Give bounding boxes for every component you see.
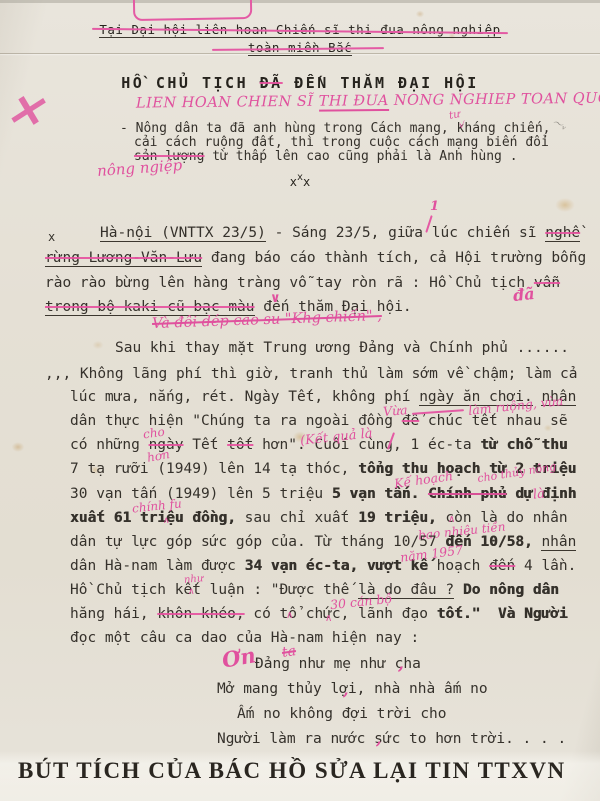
poem-line: Đảng như mẹ như cha	[255, 656, 421, 672]
poem-line: Ấm no không đợi trời cho	[237, 706, 447, 722]
subtitle-text: LIEN HOAN CHIEN SĨ	[136, 94, 319, 112]
body-text: sau chỉ xuất	[236, 510, 358, 526]
body-line: dân Hà-nam làm được 34 vạn éc-ta, vượt k…	[70, 558, 576, 574]
title-struck-word: ĐÃ	[260, 74, 283, 92]
underlined-word: nhân	[541, 534, 576, 551]
pink-insert-1: 1	[430, 199, 439, 214]
body-text: 30 vạn tấn (1949) lên 5 triệu	[70, 486, 332, 502]
body-text: dân Hà-nam làm được	[70, 558, 245, 574]
pink-caret: ∧	[188, 587, 195, 597]
body-text: có những	[70, 437, 149, 453]
lede-line3: sản lượng từ thấp lên cao cũng phải là A…	[134, 150, 518, 164]
space	[419, 486, 428, 502]
pink-comma: ,	[376, 729, 382, 748]
body-line: Hồ Chủ tịch kết luận : "Được thế là do đ…	[70, 582, 559, 598]
pink-caret: ∧	[325, 613, 332, 624]
pink-comma: ,	[343, 680, 349, 699]
body-text: dân tự lực góp sức góp của. Từ tháng 10/…	[70, 534, 445, 550]
struck-word: tốt	[227, 437, 253, 453]
body-text: đang báo cáo thành tích, cả Hội trường b…	[202, 250, 586, 266]
body-text: - Sáng 23/5, giữa lúc chiến sĩ	[266, 225, 545, 241]
struck-word: vẫn	[534, 275, 560, 291]
pink-caret: ∧	[286, 610, 293, 621]
pink-insert-vua: Vừa	[383, 402, 409, 419]
divider-x: x	[303, 175, 310, 189]
handwritten-subtitle: LIEN HOAN CHIEN SĨ THI ĐUA NONG NGHIEP T…	[136, 90, 600, 111]
pencil-scribble: 〜ᵥ	[550, 114, 569, 134]
pink-caret: ∧	[448, 514, 455, 525]
struck-words: khôn khéo,	[157, 606, 244, 622]
body-text: dân thực hiện "Chúng ta ra ngoài đồng	[70, 413, 402, 429]
pink-insert-la: là	[532, 486, 545, 502]
space	[480, 606, 497, 622]
bold-text: Do nông dân	[463, 582, 559, 598]
dateline: Hà-nội (VNTTX 23/5)	[100, 225, 266, 242]
space	[454, 582, 463, 598]
dateline-line1: Hà-nội (VNTTX 23/5) - Sáng 23/5, giữa lú…	[100, 225, 580, 241]
divider-x: x	[290, 175, 297, 189]
lede-text: - Nông dân ta đã anh hùng trong Cách mạn…	[120, 121, 449, 136]
struck-words: Chính phủ	[428, 486, 507, 502]
bold-text: tốt."	[437, 606, 481, 622]
pink-insert-tu: tư	[448, 108, 461, 122]
body-text: 4 lần.	[515, 558, 576, 574]
pink-comma: ,	[398, 654, 404, 674]
bold-text: Và Người	[498, 606, 568, 622]
body-text: hoạch	[428, 558, 489, 574]
body-line: dân tự lực góp sức góp của. Từ tháng 10/…	[70, 534, 576, 550]
scan-top-edge	[0, 0, 600, 3]
struck-word: đến	[489, 558, 515, 574]
bold-text: 19 triệu,	[358, 510, 437, 526]
bold-text: từ chỗ thu	[480, 437, 567, 453]
pink-x-mark: ✕	[3, 84, 45, 139]
article-title: HỒ CHỦ TỊCH ĐÃ ĐẾN THĂM ĐẠI HỘI	[0, 74, 600, 92]
body-line: ,,, Không lãng phí thì giờ, tranh thủ là…	[45, 366, 578, 382]
space	[358, 558, 367, 574]
lede-text: từ thấp lên cao cũng phải là Anh hùng .	[204, 149, 517, 164]
bold-text: 34 vạn éc-ta,	[245, 558, 359, 574]
struck-word: nghề	[545, 225, 580, 242]
pink-insert-cho: cho	[142, 425, 165, 442]
title-text: HỒ CHỦ TỊCH	[121, 74, 259, 92]
body-text: Hồ Chủ tịch kết luận : "Được thế	[70, 582, 358, 598]
lede-line1: - Nông dân ta đã anh hùng trong Cách mạn…	[120, 122, 550, 136]
pink-annotation-box	[133, 0, 253, 21]
struck-words: rừng Lương-Văn-Lưu	[45, 250, 202, 267]
pink-caret: ∧	[163, 516, 170, 526]
poem-line: Mở mang thủy lợi, nhà nhà ấm no	[217, 681, 488, 697]
body-line: hăng hái, khôn khéo, có tổ chức, lãnh đạ…	[70, 606, 568, 622]
body-line: Sau khi thay mặt Trung ương Đảng và Chín…	[115, 340, 569, 356]
pink-insert-on: Ơn	[220, 642, 257, 672]
body-line: rừng Lương-Văn-Lưu đang báo cáo thành tí…	[45, 250, 586, 266]
margin-x-mark: x	[48, 230, 55, 244]
pink-insert-nhu: như	[184, 573, 204, 586]
section-divider: xxx	[0, 172, 600, 189]
lede-line2: cải cách ruộng đất, thì trong cuộc cách …	[134, 136, 549, 150]
title-text: ĐẾN THĂM ĐẠI HỘI	[283, 74, 479, 92]
poem-line: Người làm ra nước sức to hơn trời. . . .	[217, 731, 566, 747]
body-text: chúc tết nhau sẽ	[419, 413, 567, 429]
pink-fix-da: đã	[512, 284, 535, 305]
scanned-document-page: Tại Đại hội liên hoan Chiến sĩ thi đua n…	[0, 0, 600, 801]
photo-caption: BÚT TÍCH CỦA BÁC HỒ SỬA LẠI TIN TTXVN	[18, 758, 566, 784]
body-line: rào rào bừng lên hàng tràng vỗ tay ròn r…	[45, 275, 560, 291]
subtitle-text: NONG NGHIEP TOAN QUỐC .	[389, 90, 600, 109]
pink-caret: ∨	[270, 291, 281, 306]
body-text: rào rào bừng lên hàng tràng vỗ tay ròn r…	[45, 275, 534, 291]
body-text: 7 tạ rưỡi (1949) lên 14 tạ thóc,	[70, 461, 358, 477]
body-text: lúc mưa, nắng, rét. Ngày Tết, không phí	[70, 389, 419, 405]
body-text: Tết	[184, 437, 228, 453]
body-text: hăng hái,	[70, 606, 157, 622]
pink-caret: √	[459, 121, 465, 131]
subtitle-underlined: THI ĐUA	[319, 93, 389, 112]
